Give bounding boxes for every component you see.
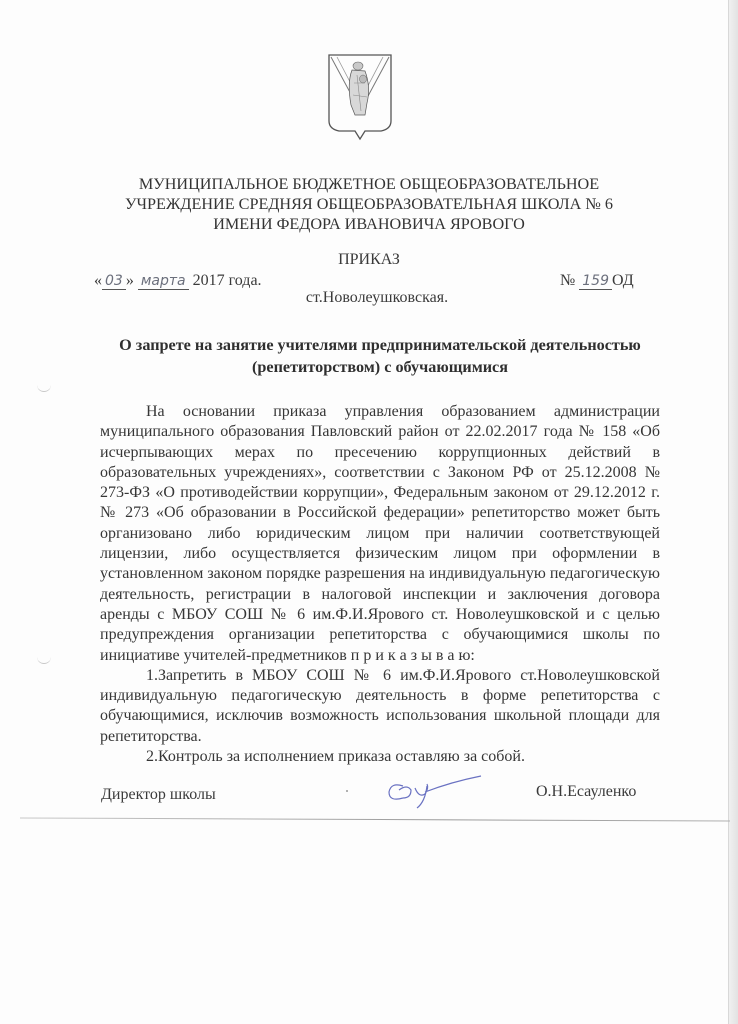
order-title: О запрете на занятие учителями предприни… [90, 334, 670, 378]
scanned-document-page: МУНИЦИПАЛЬНОЕ БЮДЖЕТНОЕ ОБЩЕОБРАЗОВАТЕЛЬ… [0, 0, 738, 1024]
open-quote: « [94, 272, 102, 289]
fold-line [20, 817, 730, 821]
title-line: О запрете на занятие учителями предприни… [90, 334, 670, 356]
order-body: На основании приказа управления образова… [100, 402, 660, 767]
order-item: 2.Контроль за исполнением приказа оставл… [100, 747, 660, 767]
date-year: 2017 года. [193, 272, 262, 289]
organization-line: УЧРЕЖДЕНИЕ СРЕДНЯЯ ОБЩЕОБРАЗОВАТЕЛЬНАЯ Ш… [100, 194, 638, 214]
punch-hole-mark [37, 383, 51, 392]
order-item: 1.Запретить в МБОУ СОШ № 6 им.Ф.И.Яровог… [100, 666, 660, 747]
coat-of-arms-emblem-icon [327, 53, 393, 143]
handwritten-signature-icon [381, 768, 491, 812]
organization-header: МУНИЦИПАЛЬНОЕ БЮДЖЕТНОЕ ОБЩЕОБРАЗОВАТЕЛЬ… [100, 174, 638, 234]
number-handwritten: 159 [579, 273, 612, 290]
place-of-issue: ст.Новолеушковская. [0, 289, 738, 307]
date-day-handwritten: 03 [102, 273, 126, 290]
close-quote: » [126, 272, 134, 289]
organization-line: МУНИЦИПАЛЬНОЕ БЮДЖЕТНОЕ ОБЩЕОБРАЗОВАТЕЛЬ… [100, 174, 638, 194]
number-prefix: № [560, 272, 575, 289]
date-month-handwritten: марта [138, 273, 189, 290]
order-date: «03» марта 2017 года. [94, 272, 262, 290]
signatory-name: О.Н.Есауленко [536, 783, 636, 801]
page-edge-shadow [728, 0, 738, 1024]
punch-hole-mark [37, 655, 51, 664]
signatory-role: Директор школы [101, 786, 216, 804]
number-suffix: ОД [612, 272, 634, 289]
order-number: № 159ОД [560, 272, 634, 290]
title-line: (репетиторством) с обучающимися [90, 356, 670, 378]
ink-dot [346, 790, 348, 792]
preamble-paragraph: На основании приказа управления образова… [100, 402, 660, 666]
document-type: ПРИКАЗ [0, 251, 738, 269]
organization-line: ИМЕНИ ФЕДОРА ИВАНОВИЧА ЯРОВОГО [100, 214, 638, 234]
